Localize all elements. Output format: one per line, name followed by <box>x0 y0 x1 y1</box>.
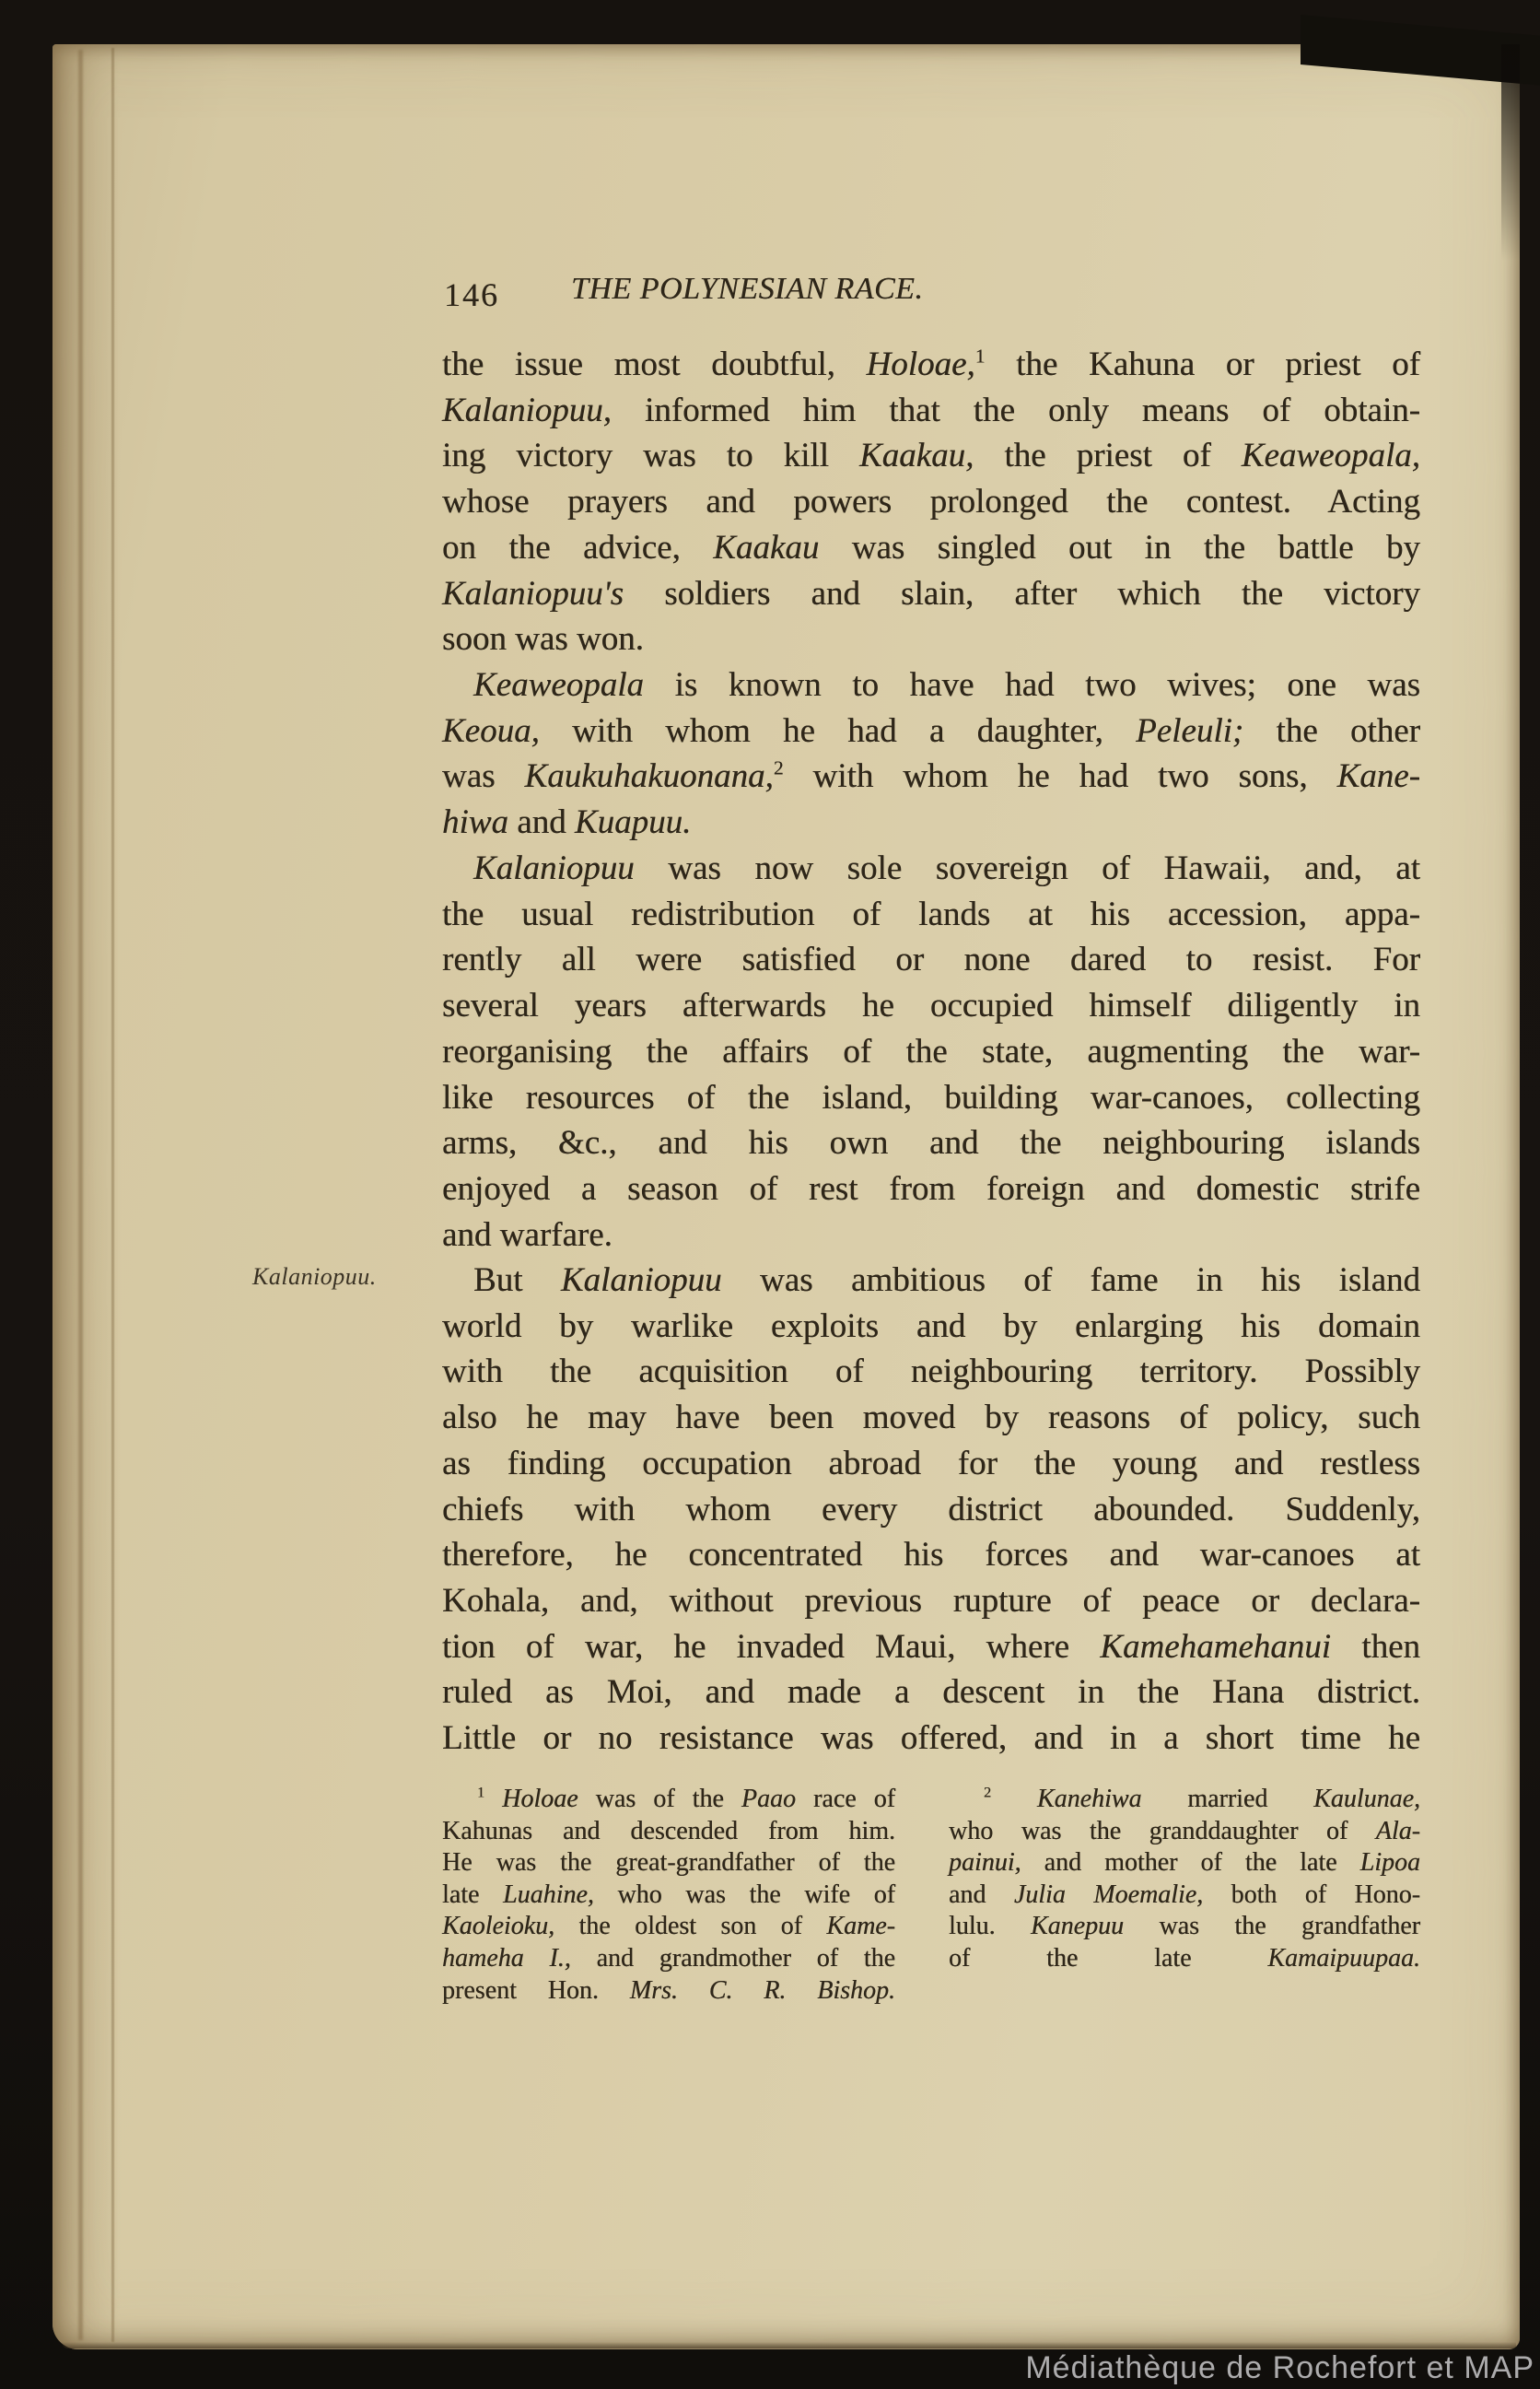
text-line: Kalaniopuu, informed him that the only m… <box>442 388 1420 434</box>
text-line: on the advice, Kaakau was singled out in… <box>442 525 1420 571</box>
text-line: enjoyed a season of rest from foreign an… <box>442 1166 1420 1212</box>
text-line: and Julia Moemalie, both of Hono- <box>949 1880 1420 1912</box>
library-watermark: Médiathèque de Rochefort et MAP <box>1025 2350 1534 2386</box>
paragraph-1: the issue most doubtful, Holoae,1 the Ka… <box>442 342 1420 662</box>
text-line: 2 Kanehiwa married Kaulunae, <box>949 1784 1420 1816</box>
text-line: arms, &c., and his own and the neighbour… <box>442 1120 1420 1166</box>
text-line: painui, and mother of the late Lipoa <box>949 1847 1420 1880</box>
running-title: THE POLYNESIAN RACE. <box>571 272 893 307</box>
paragraph-3: Kalaniopuu was now sole sovereign of Haw… <box>442 846 1420 1258</box>
page-fore-edge <box>52 44 121 2349</box>
text-line: and warfare. <box>442 1212 1420 1259</box>
footnote-column-right: 2 Kanehiwa married Kaulunae,who was the … <box>949 1784 1420 1975</box>
text-line: rently all were satisfied or none dared … <box>442 937 1420 983</box>
text-line: whose prayers and powers prolonged the c… <box>442 479 1420 525</box>
text-line: world by warlike exploits and by enlargi… <box>442 1304 1420 1350</box>
text-line: was Kaukuhakuonana,2 with whom he had tw… <box>442 754 1420 800</box>
text-line: Kalaniopuu's soldiers and slain, after w… <box>442 571 1420 617</box>
text-line: of the late Kamaipuupaa. <box>949 1943 1420 1975</box>
fore-edge-line <box>78 50 83 2340</box>
text-line: who was the granddaughter of Ala- <box>949 1816 1420 1848</box>
text-line: late Luahine, who was the wife of <box>442 1880 895 1912</box>
text-line: Kalaniopuu was now sole sovereign of Haw… <box>442 846 1420 892</box>
text-line: soon was won. <box>442 616 1420 662</box>
page-number: 146 <box>444 275 499 314</box>
text-line: Kaoleioku, the oldest son of Kame- <box>442 1911 895 1943</box>
paragraph-2: Keaweopala is known to have had two wive… <box>442 662 1420 846</box>
text-line: tion of war, he invaded Maui, where Kame… <box>442 1624 1420 1670</box>
text-line: 1 Holoae was of the Paao race of <box>442 1784 895 1816</box>
text-line: hameha I., and grandmother of the <box>442 1943 895 1975</box>
text-line: as finding occupation abroad for the you… <box>442 1441 1420 1487</box>
text-line: Keaweopala is known to have had two wive… <box>442 662 1420 709</box>
text-line: hiwa and Kuapuu. <box>442 800 1420 846</box>
text-line: therefore, he concentrated his forces an… <box>442 1532 1420 1578</box>
text-line: like resources of the island, building w… <box>442 1075 1420 1121</box>
text-line: Kohala, and, without previous rupture of… <box>442 1578 1420 1624</box>
text-line: with the acquisition of neighbouring ter… <box>442 1349 1420 1395</box>
text-line: chiefs with whom every district abounded… <box>442 1487 1420 1533</box>
text-line: Keoua, with whom he had a daughter, Pele… <box>442 709 1420 755</box>
right-edge-shadow <box>1501 44 1520 261</box>
page-header: 146 THE POLYNESIAN RACE. <box>442 269 1420 317</box>
text-line: several years afterwards he occupied him… <box>442 983 1420 1029</box>
text-line: He was the great-grandfather of the <box>442 1847 895 1880</box>
text-line: But Kalaniopuu was ambitious of fame in … <box>442 1258 1420 1304</box>
fore-edge-line <box>111 48 114 2342</box>
scanned-document-scene: 146 THE POLYNESIAN RACE. Kalaniopuu. the… <box>0 0 1540 2389</box>
text-line: present Hon. Mrs. C. R. Bishop. <box>442 1975 895 2008</box>
footnote-column-left: 1 Holoae was of the Paao race ofKahunas … <box>442 1784 895 2007</box>
text-line: also he may have been moved by reasons o… <box>442 1395 1420 1441</box>
text-line: the issue most doubtful, Holoae,1 the Ka… <box>442 342 1420 388</box>
text-line: reorganising the affairs of the state, a… <box>442 1029 1420 1075</box>
margin-note: Kalaniopuu. <box>252 1263 377 1291</box>
text-line: lulu. Kanepuu was the grandfather <box>949 1911 1420 1943</box>
text-line: Little or no resistance was offered, and… <box>442 1716 1420 1762</box>
text-line: ruled as Moi, and made a descent in the … <box>442 1669 1420 1716</box>
text-line: Kahunas and descended from him. <box>442 1816 895 1848</box>
text-line: ing victory was to kill Kaakau, the prie… <box>442 433 1420 479</box>
text-line: the usual redistribution of lands at his… <box>442 892 1420 938</box>
paragraph-4: But Kalaniopuu was ambitious of fame in … <box>442 1258 1420 1762</box>
